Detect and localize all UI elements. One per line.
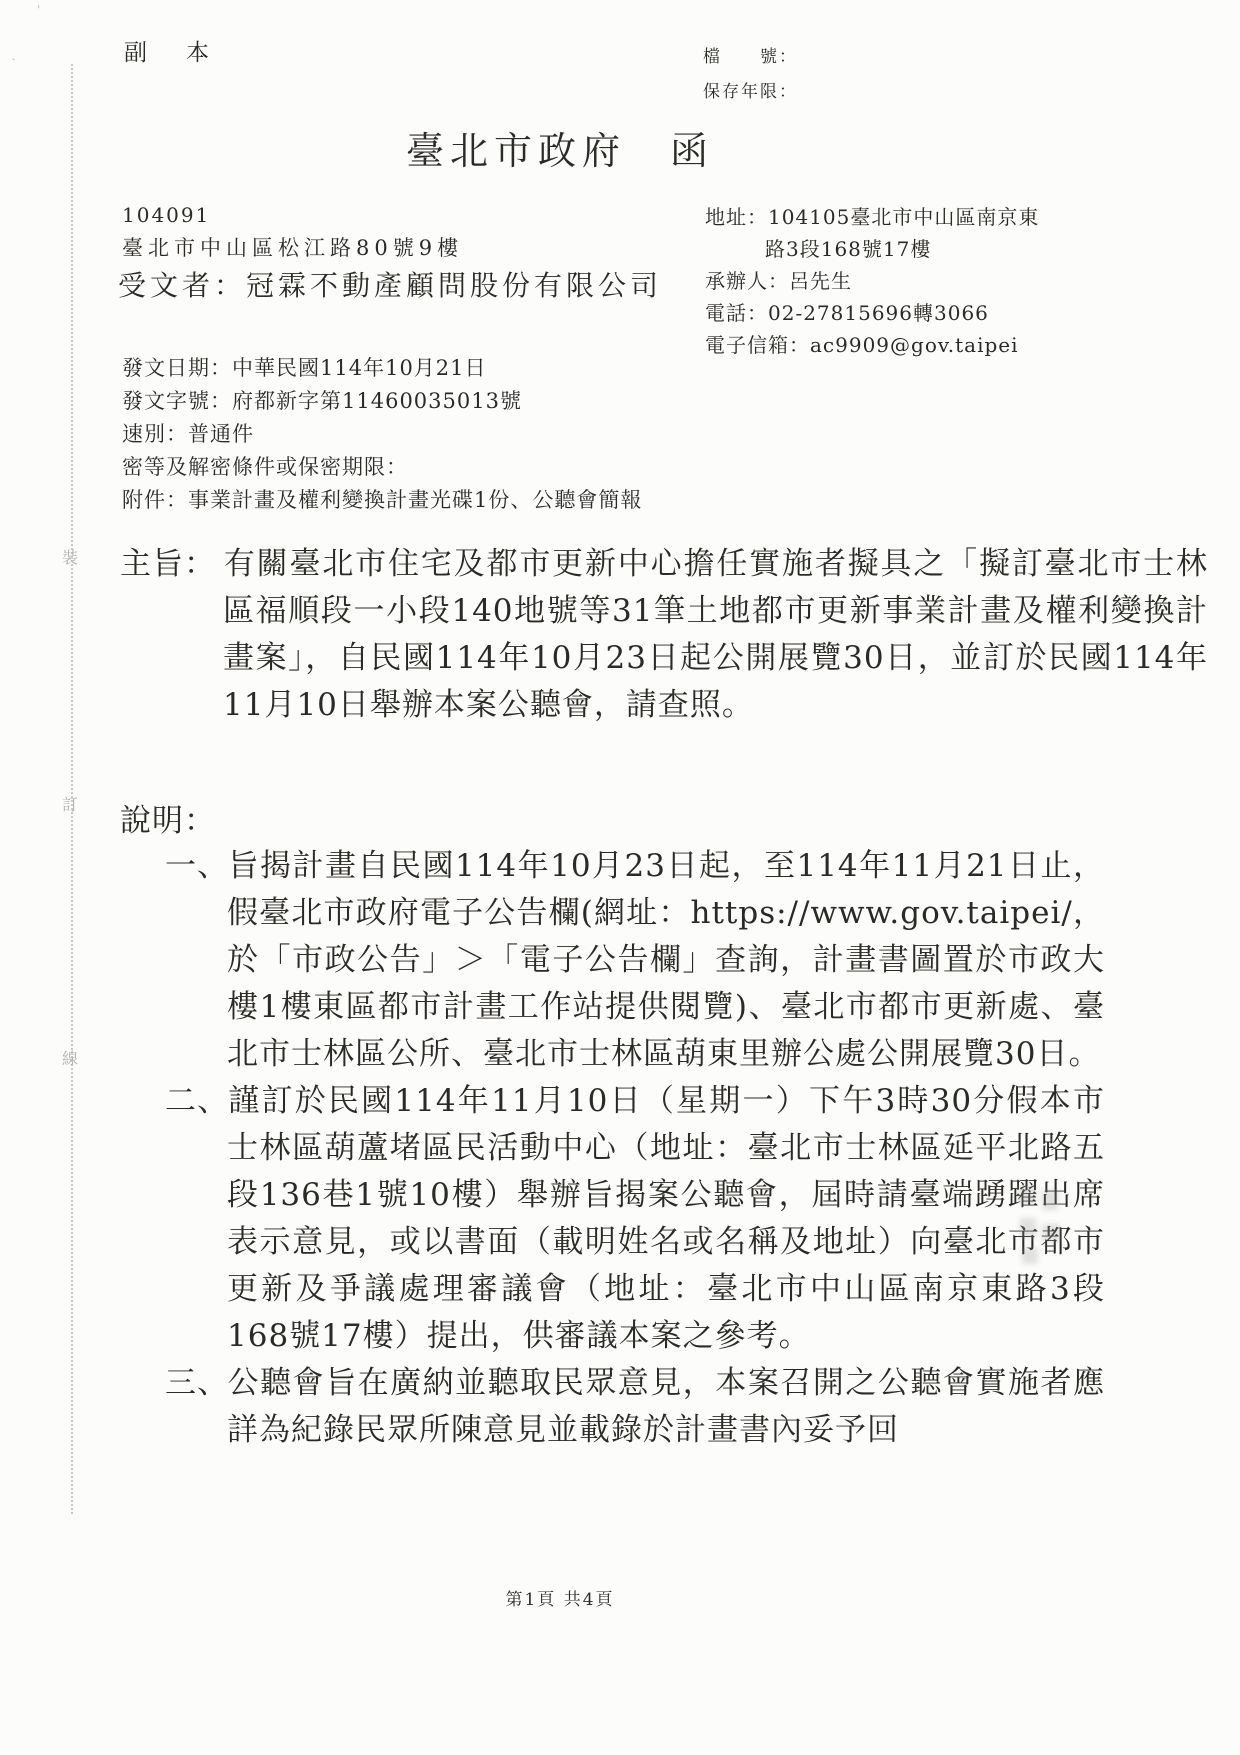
recipient-address: 臺北市中山區松江路80號9樓 (122, 232, 463, 262)
explanation-item-3: 三、公聽會旨在廣納並聽取民眾意見，本案召開之公聽會實施者應詳為紀錄民眾所陳意見並… (165, 1360, 1105, 1454)
attachment-line: 附件：事業計畫及權利變換計畫光碟1份、公聽會簡報 (122, 484, 882, 517)
agency-address-line1: 地址：104105臺北市中山區南京東 (705, 201, 1105, 233)
item-number: 一、 (165, 843, 227, 890)
agency-phone: 電話：02-27815696轉3066 (705, 297, 1105, 329)
agency-officer: 承辦人：呂先生 (705, 265, 1105, 297)
binding-mark-ding: 訂 (62, 792, 78, 815)
partial-seal-stamp (1012, 1180, 1068, 1272)
agency-address-line2: 路3段168號17樓 (705, 233, 1105, 265)
file-meta-block: 檔 號： 保存年限： (703, 40, 798, 110)
explanation-label: 說明： (120, 795, 216, 840)
scan-speck: ˈ (36, 4, 43, 19)
retention-period-label: 保存年限： (703, 75, 798, 110)
subject-paragraph: 主旨：有關臺北市住宅及都市更新中心擔任實施者擬具之「擬訂臺北市士林區福順段一小段… (120, 541, 1208, 729)
file-number-label: 檔 號： (703, 40, 798, 75)
subject-text: 有關臺北市住宅及都市更新中心擔任實施者擬具之「擬訂臺北市士林區福順段一小段140… (223, 546, 1208, 723)
recipient-zip: 104091 (122, 203, 210, 227)
binding-dotted-line (71, 64, 73, 1514)
binding-mark-xian: 線 (62, 1046, 78, 1069)
dispatch-meta-block: 發文日期：中華民國114年10月21日 發文字號：府都新字第1146003501… (122, 352, 882, 517)
item-text: 公聽會旨在廣納並聽取民眾意見，本案召開之公聽會實施者應詳為紀錄民眾所陳意見並載錄… (227, 1365, 1105, 1448)
speed-class-line: 速別：普通件 (122, 418, 882, 451)
scan-speck: ˏ (8, 46, 16, 63)
binding-mark-zhuang: 裝 (62, 545, 78, 568)
subject-label: 主旨： (120, 541, 223, 588)
item-text: 旨揭計畫自民國114年10月23日起，至114年11月21日止，假臺北市政府電子… (227, 848, 1105, 1072)
recipient-name-line: 受文者：冠霖不動產顧問股份有限公司 (118, 264, 662, 304)
copy-label: 副 本 (124, 34, 217, 67)
page-number: 第1頁 共4頁 (120, 1585, 1000, 1610)
security-class-line: 密等及解密條件或保密期限： (122, 451, 882, 484)
document-title: 臺北市政府 函 (120, 120, 1000, 175)
dispatch-number-line: 發文字號：府都新字第11460035013號 (122, 385, 882, 418)
explanation-item-2: 二、謹訂於民國114年11月10日（星期一）下午3時30分假本市士林區葫蘆堵區民… (165, 1078, 1105, 1360)
item-number: 三、 (165, 1360, 227, 1407)
item-number: 二、 (165, 1078, 227, 1125)
explanation-items: 一、旨揭計畫自民國114年10月23日起，至114年11月21日止，假臺北市政府… (165, 843, 1105, 1454)
explanation-item-1: 一、旨揭計畫自民國114年10月23日起，至114年11月21日止，假臺北市政府… (165, 843, 1105, 1078)
official-letter-page: ˈ ˏ 副 本 檔 號： 保存年限： 臺北市政府 函 104091 臺北市中山區… (0, 0, 1240, 1755)
agency-contact-block: 地址：104105臺北市中山區南京東 路3段168號17樓 承辦人：呂先生 電話… (705, 201, 1105, 361)
item-text: 謹訂於民國114年11月10日（星期一）下午3時30分假本市士林區葫蘆堵區民活動… (227, 1083, 1105, 1354)
dispatch-date-line: 發文日期：中華民國114年10月21日 (122, 352, 882, 385)
